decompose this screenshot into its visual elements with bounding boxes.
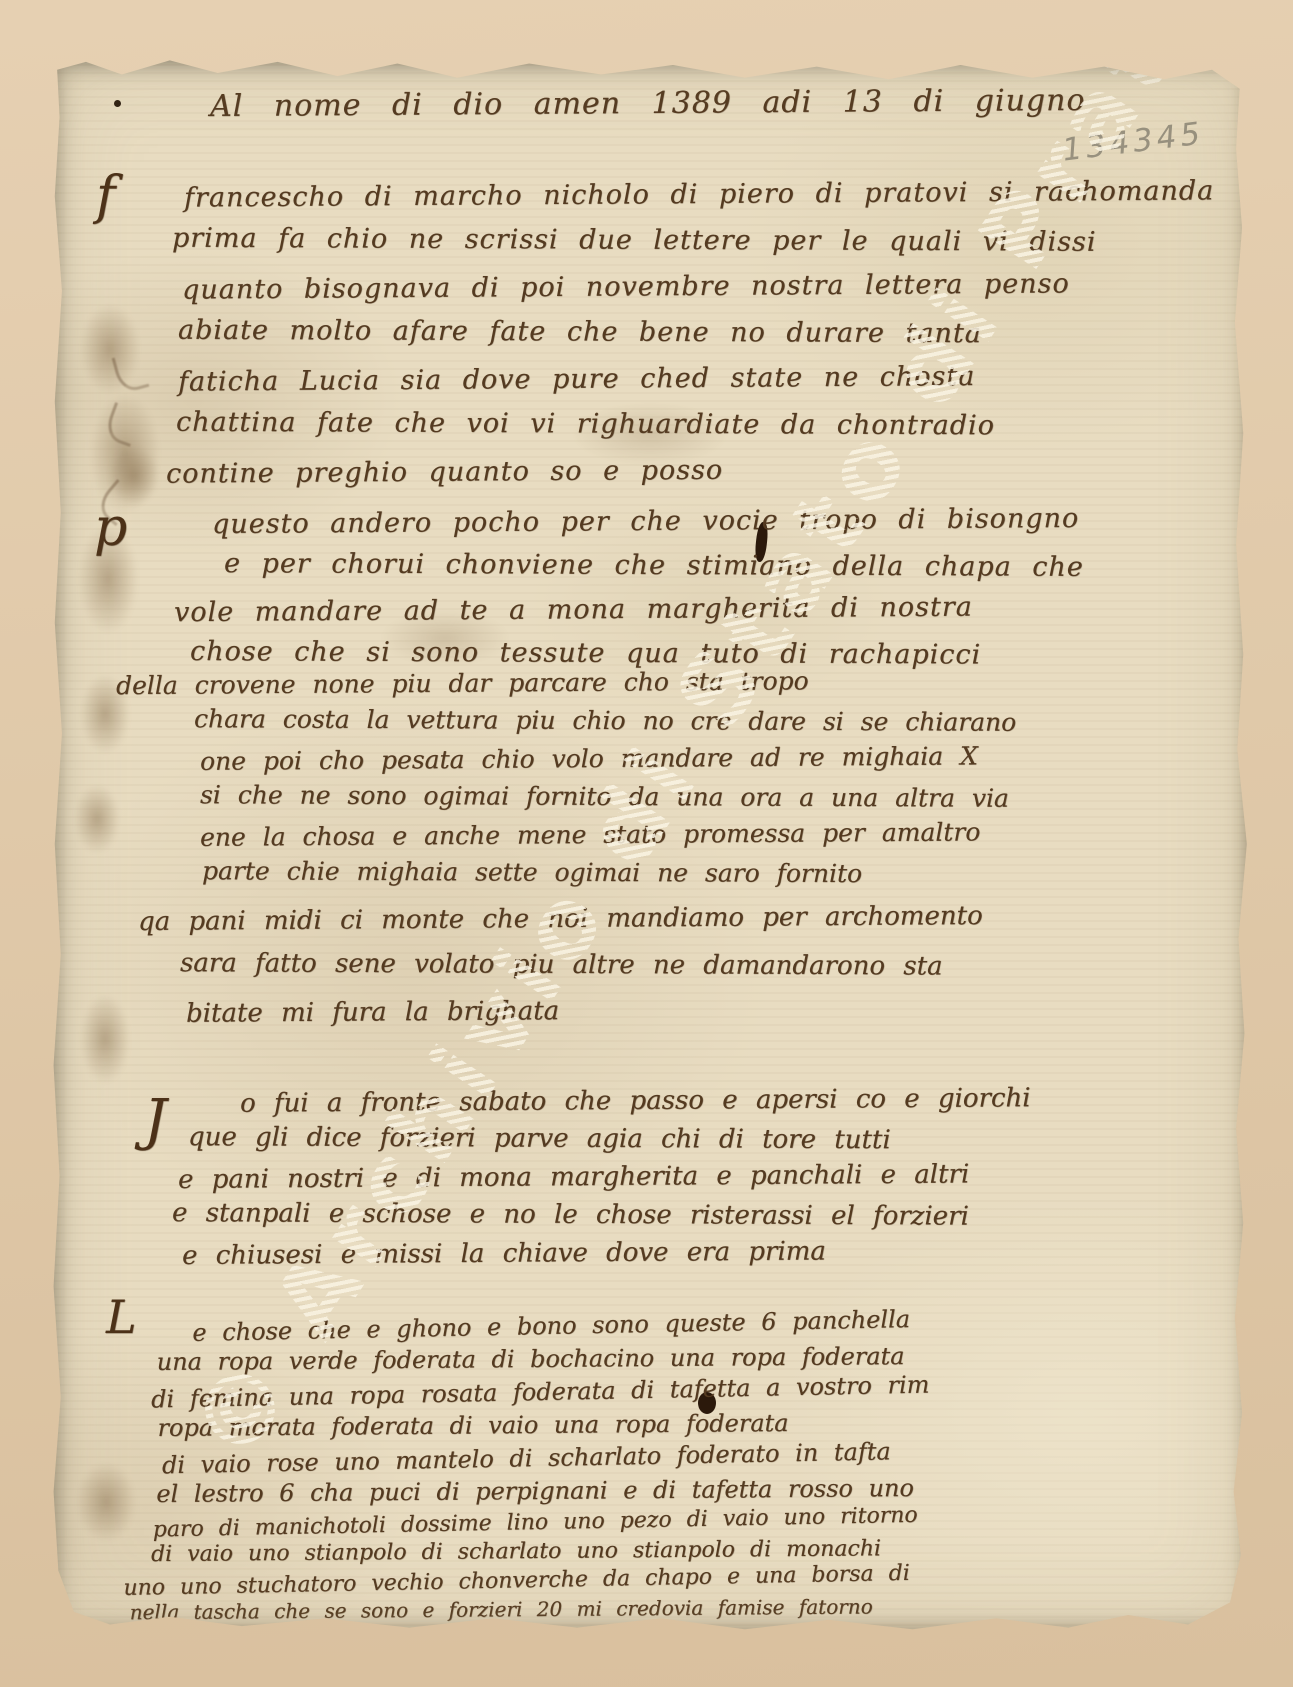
- text-line: faticha Lucia sia dove pure ched state n…: [178, 352, 1215, 405]
- ink-blot: [114, 100, 121, 107]
- text-line: nella tascha che se sono e forzieri 20 m…: [130, 1592, 933, 1627]
- text-line: e per chorui chonviene che stimiano dell…: [224, 542, 1084, 590]
- text-line: chattina fate che voi vi righuardiate da…: [176, 400, 1214, 451]
- text-line: que gli dice forzieri parve agia chi di …: [188, 1118, 1031, 1160]
- bleed-through-smudge: [80, 994, 130, 1084]
- scan-background: { "scan": { "archival_number": "134345",…: [0, 0, 1293, 1687]
- text-line: questo andero pocho per che vocie tropo …: [212, 497, 1084, 547]
- text-line: della crovene none piu dar parcare cho s…: [116, 661, 1016, 705]
- paragraph-mark: L: [106, 1290, 137, 1344]
- text-line: chara costa la vettura piu chio no cre d…: [194, 700, 1016, 742]
- paragraph-mark: f: [96, 166, 115, 226]
- text-line: abiate molto afare fate che bene no dura…: [178, 308, 1214, 359]
- header-invocation-date: Al nome di dio amen 1389 adi 13 di giugn…: [210, 83, 1086, 124]
- manuscript-page: Al nome di dio amen 1389 adi 13 di giugn…: [50, 54, 1248, 1634]
- paragraph-mark: J: [144, 1088, 166, 1153]
- paragraph: questo andero pocho per che vocie tropo …: [162, 500, 1084, 676]
- text-line: vole mandare ad te a mona margherita di …: [174, 585, 1084, 635]
- bleed-through-smudge: [76, 1462, 136, 1542]
- bleed-through-smudge: [74, 784, 120, 854]
- paragraph-mark: p: [94, 498, 127, 558]
- text-line: o fui a fronte sabato che passo e apersi…: [240, 1079, 1031, 1123]
- text-line: e pani nostri e di mona margherita e pan…: [178, 1155, 1031, 1199]
- text-line: contine preghio quanto so e posso: [166, 444, 1215, 497]
